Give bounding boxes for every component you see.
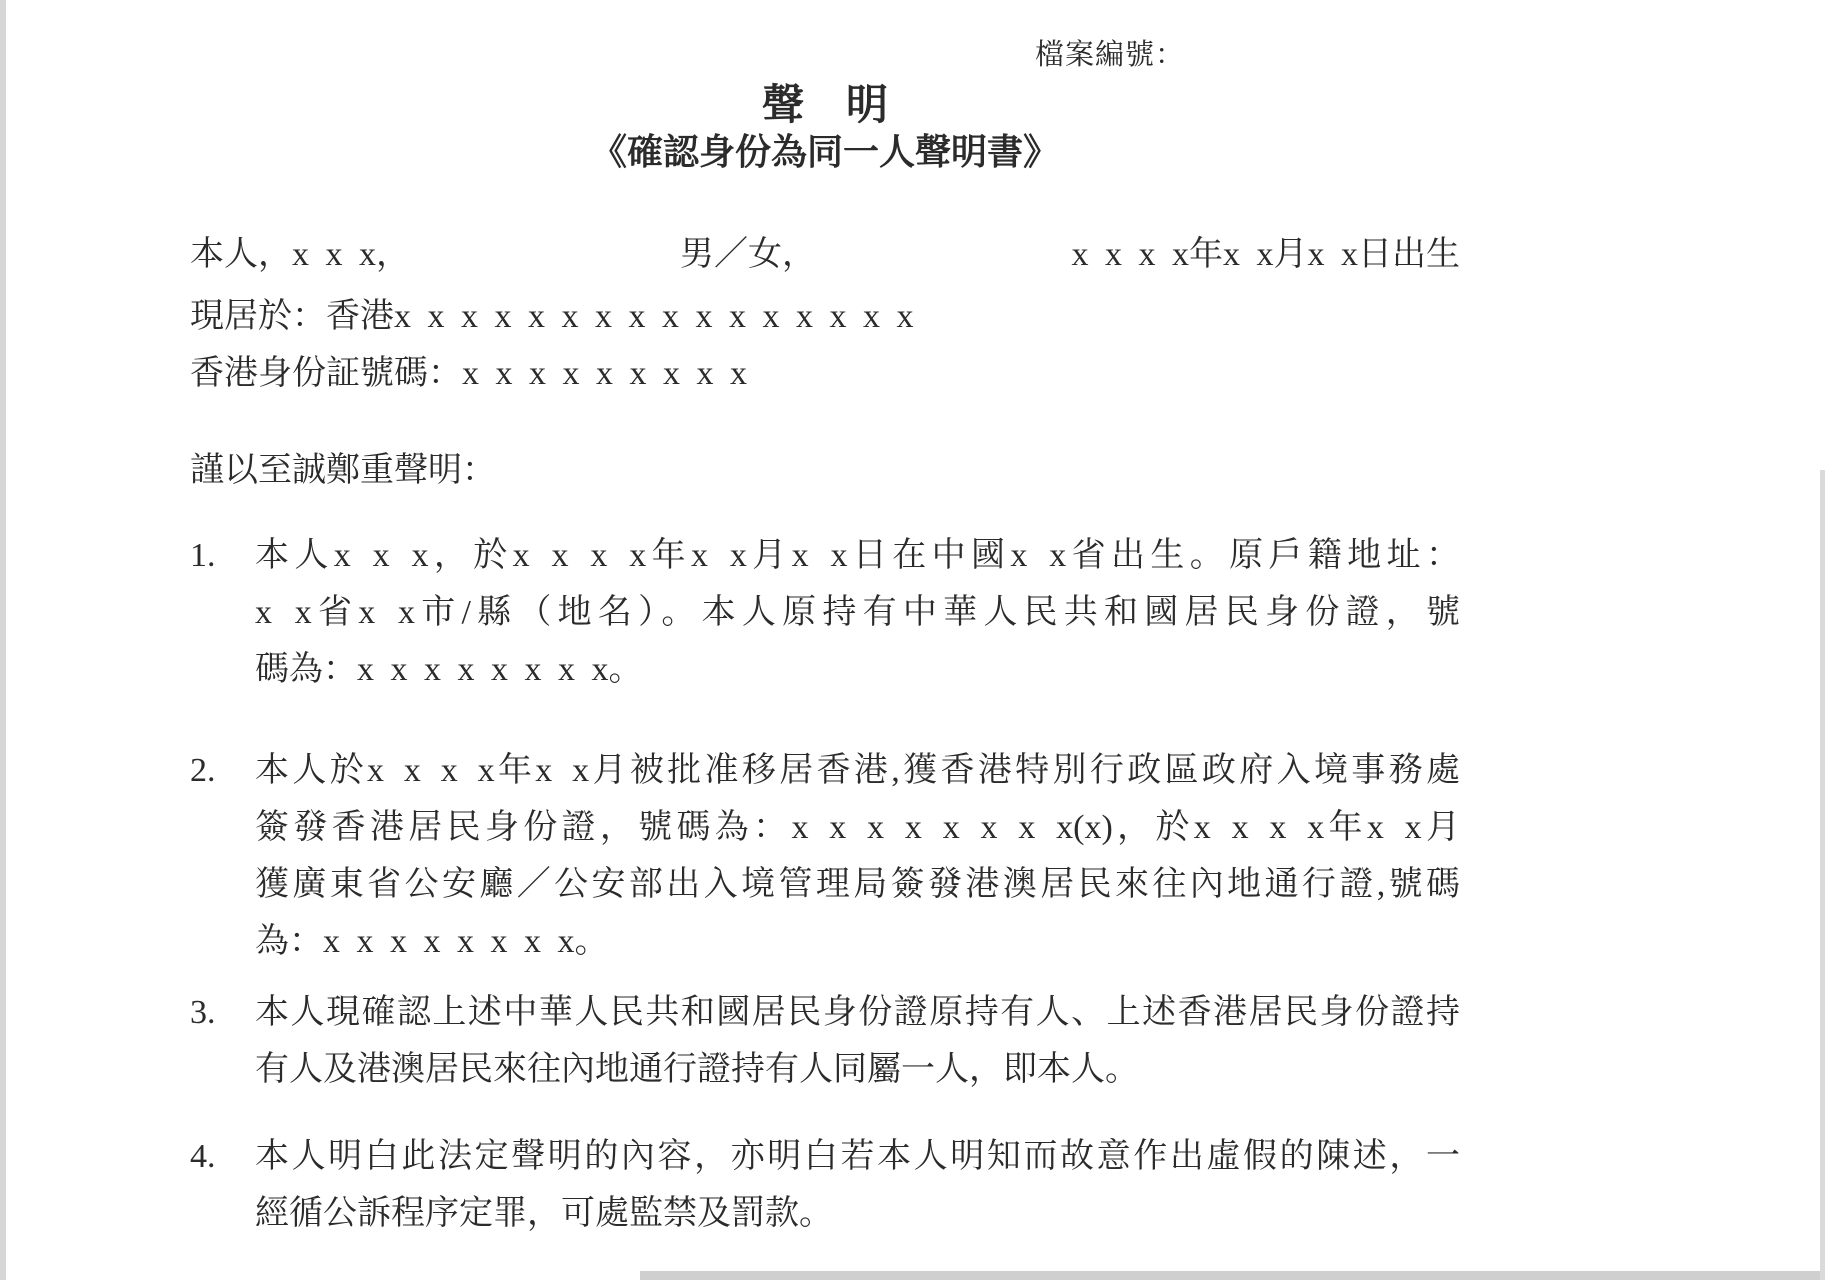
declaration-lead: 謹以至誠鄭重聲明： bbox=[190, 448, 1460, 493]
file-number-label: 檔案編號： bbox=[1035, 32, 1185, 73]
declarant-birthdate-field: x x x x年x x月x x日出生 bbox=[1072, 232, 1461, 277]
item-line: 本人x x x，於x x x x年x x月x x日在中國x x省出生。原戶籍地址… bbox=[255, 527, 1460, 584]
item-line: 有人及港澳居民來往內地通行證持有人同屬一人，即本人。 bbox=[255, 1041, 1460, 1098]
item-line: 簽發香港居民身份證，號碼為：x x x x x x x x(x)，於x x x … bbox=[255, 799, 1460, 856]
document-subtitle: 《確認身份為同一人聲明書》 bbox=[190, 124, 1460, 175]
declaration-item-1: 1. 本人x x x，於x x x x年x x月x x日在中國x x省出生。原戶… bbox=[190, 527, 1460, 698]
item-number: 2. bbox=[190, 742, 255, 799]
declarant-gender-field: 男／女， bbox=[680, 232, 816, 277]
declaration-item-4: 4. 本人明白此法定聲明的內容，亦明白若本人明知而故意作出虛假的陳述，一 經循公… bbox=[190, 1128, 1460, 1242]
item-line: 本人現確認上述中華人民共和國居民身份證原持有人、上述香港居民身份證持 bbox=[255, 984, 1460, 1041]
item-line: 獲廣東省公安廳／公安部出入境管理局簽發港澳居民來往內地通行證,號碼 bbox=[255, 856, 1460, 913]
item-line: 經循公訴程序定罪，可處監禁及罰款。 bbox=[255, 1185, 1460, 1242]
declaration-item-2: 2. 本人於x x x x年x x月被批准移居香港,獲香港特別行政區政府入境事務… bbox=[190, 742, 1460, 970]
item-number: 3. bbox=[190, 984, 255, 1041]
declarant-hkid-line: 香港身份証號碼：x x x x x x x x x bbox=[190, 351, 1460, 396]
item-line: 本人明白此法定聲明的內容，亦明白若本人明知而故意作出虛假的陳述，一 bbox=[255, 1128, 1460, 1185]
item-line: x x省x x市/縣（地名）。本人原持有中華人民共和國居民身份證，號 bbox=[255, 584, 1460, 641]
item-line: 碼為：x x x x x x x x。 bbox=[255, 641, 1460, 698]
declarant-info-line: 本人，x x x， 男／女， x x x x年x x月x x日出生 bbox=[190, 232, 1460, 277]
declarant-address-line: 現居於：香港x x x x x x x x x x x x x x x x bbox=[190, 294, 1460, 339]
declarant-name-field: 本人，x x x， bbox=[190, 236, 410, 273]
scan-edge-right bbox=[1820, 470, 1825, 1280]
item-number: 4. bbox=[190, 1128, 255, 1185]
item-line: 本人於x x x x年x x月被批准移居香港,獲香港特別行政區政府入境事務處 bbox=[255, 742, 1460, 799]
scan-edge-bottom bbox=[640, 1271, 1825, 1280]
declaration-document: 檔案編號： 聲 明 《確認身份為同一人聲明書》 本人，x x x， 男／女， x… bbox=[0, 0, 1825, 1280]
item-number: 1. bbox=[190, 527, 255, 584]
document-title: 聲 明 bbox=[190, 72, 1460, 132]
scan-edge-left bbox=[0, 0, 6, 1280]
declaration-item-3: 3. 本人現確認上述中華人民共和國居民身份證原持有人、上述香港居民身份證持 有人… bbox=[190, 984, 1460, 1098]
item-line: 為：x x x x x x x x。 bbox=[255, 913, 1460, 970]
